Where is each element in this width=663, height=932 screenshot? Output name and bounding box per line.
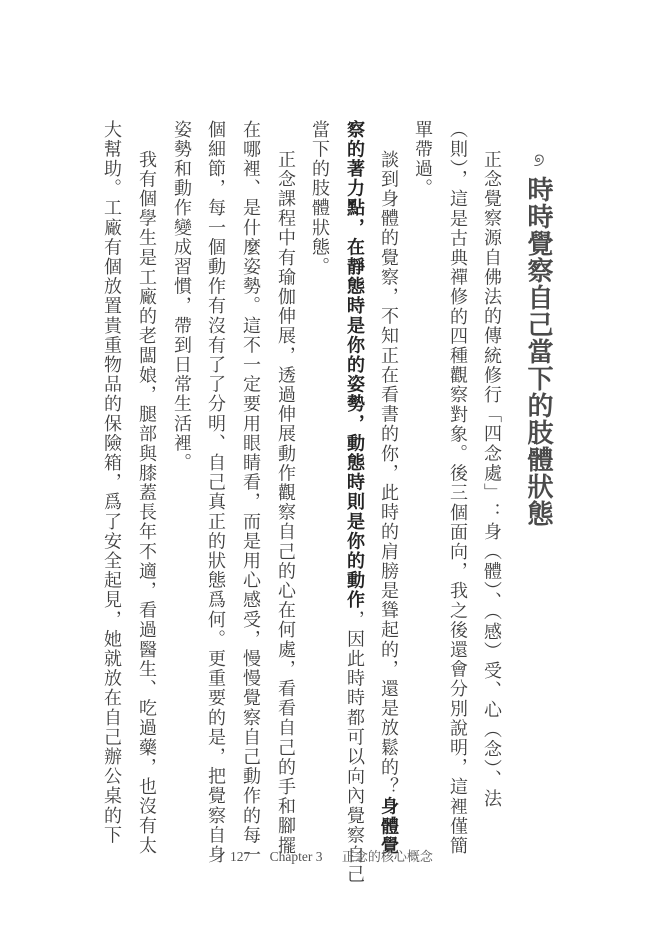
chapter-label: Chapter 3 — [270, 849, 323, 864]
body-text-segment: 姿勢和動作變成習慣，帶到日常生活裡。 — [171, 120, 192, 473]
body-text-segment: 當下的肢體狀態。 — [309, 120, 330, 277]
body-text-segment: 正念覺察源自佛法的傳統修行「四念處」：身（體）、（感）受、心（念）、法 — [481, 150, 502, 809]
text-column: 談到身體的覺察，不知正在看書的你，此時的肩膀是聳起的，還是放鬆的？身體覺 — [373, 150, 403, 856]
swirl-ornament-icon: ୭ — [527, 150, 551, 172]
text-column: 姿勢和動作變成習慣，帶到日常生活裡。 — [166, 120, 196, 473]
body-text-segment: 個細節，每一個動作有沒有了了分明、自己真正的狀態爲何。更重要的是，把覺察自身 — [205, 120, 226, 865]
body-text-segment: 正念課程中有瑜伽伸展，透過伸展動作觀察自己的心在何處，看看自己的手和腳擺 — [275, 150, 296, 856]
chapter-title: 正念的核心概念 — [342, 850, 433, 865]
page-footer: 127 Chapter 3 正念的核心概念 — [0, 846, 663, 865]
text-column: 單帶過。 — [407, 120, 437, 198]
body-text-segment: （則），這是古典禪修的四種觀察對象。後三個面向，我之後還會分別說明，這裡僅簡 — [447, 120, 468, 856]
text-column: 我有個學生是工廠的老闆娘，腿部與膝蓋長年不適，看過醫生、吃過藥，也沒有太 — [131, 150, 161, 856]
book-page: ୭ 時時覺察自己當下的肢體狀態 正念覺察源自佛法的傳統修行「四念處」：身（體）、… — [0, 0, 663, 932]
body-text-segment: 我有個學生是工廠的老闆娘，腿部與膝蓋長年不適，看過醫生、吃過藥，也沒有太 — [136, 150, 157, 856]
body-text-segment: 在哪裡、是什麼姿勢。這不一定要用眼睛看，而是用心感受，慢慢覺察自己動作的每一 — [240, 120, 261, 865]
text-column: 正念課程中有瑜伽伸展，透過伸展動作觀察自己的心在何處，看看自己的手和腳擺 — [270, 150, 300, 856]
text-column: 個細節，每一個動作有沒有了了分明、自己真正的狀態爲何。更重要的是，把覺察自身 — [200, 120, 230, 865]
text-column: （則），這是古典禪修的四種觀察對象。後三個面向，我之後還會分別說明，這裡僅簡 — [442, 120, 472, 856]
text-column: 正念覺察源自佛法的傳統修行「四念處」：身（體）、（感）受、心（念）、法 — [476, 150, 506, 809]
section-heading: 時時覺察自己當下的肢體狀態 — [523, 176, 553, 527]
text-column: 在哪裡、是什麼姿勢。這不一定要用眼睛看，而是用心感受，慢慢覺察自己動作的每一 — [235, 120, 265, 865]
text-column: 當下的肢體狀態。 — [304, 120, 334, 277]
text-column: 大幫助。工廠有個放置貴重物品的保險箱，爲了安全起見，她就放在自己辦公桌的下 — [96, 120, 126, 845]
body-text-segment: 大幫助。工廠有個放置貴重物品的保險箱，爲了安全起見，她就放在自己辦公桌的下 — [101, 120, 122, 845]
text-column: 察的著力點，在靜態時是你的姿勢，動態時則是你的動作，因此時時都可以向內覺察自己 — [339, 120, 369, 884]
page-number: 127 — [230, 849, 250, 864]
body-text-segment: ，因此時時都可以向內覺察自己 — [344, 610, 365, 884]
emphasis-text: 察的著力點，在靜態時是你的姿勢，動態時則是你的動作 — [344, 120, 365, 610]
body-text-segment: 談到身體的覺察，不知正在看書的你，此時的肩膀是聳起的，還是放鬆的？ — [378, 150, 399, 797]
body-text-segment: 單帶過。 — [412, 120, 433, 198]
